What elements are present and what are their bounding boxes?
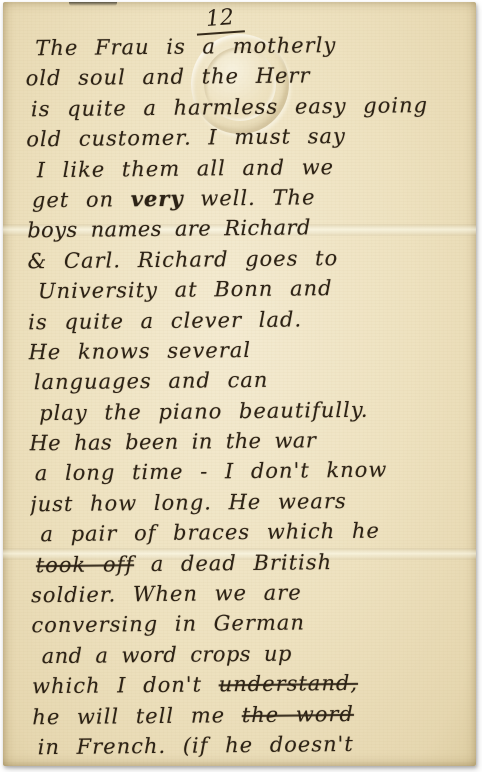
handwritten-text-segment: & Carl. Richard goes to — [27, 246, 338, 273]
handwritten-text-segment: languages and can — [34, 368, 269, 394]
handwritten-text-segment: play the piano beautifully. — [39, 397, 369, 424]
handwritten-line: He knows several — [28, 333, 468, 368]
handwritten-text-segment: get on — [32, 187, 131, 212]
handwritten-line: & Carl. Richard goes to — [27, 241, 467, 276]
handwritten-text-segment: understand, — [219, 671, 359, 696]
handwritten-text-segment: old customer. I must say — [26, 124, 346, 151]
handwritten-line: which I don't understand, — [32, 667, 472, 702]
handwritten-line: a pair of braces which he — [40, 515, 470, 550]
handwritten-line: took off a dead British — [36, 545, 471, 580]
handwritten-line: a long time - I don't know — [35, 454, 470, 489]
handwritten-text-segment: and a word crops up — [42, 641, 292, 668]
handwritten-text-segment: conversing in German — [31, 611, 305, 638]
handwritten-text-segment: well. The — [183, 185, 315, 210]
handwritten-text-segment: boys names are Richard — [27, 216, 311, 243]
handwritten-line: get on very well. The — [32, 181, 467, 216]
handwritten-text-segment: is quite a harmless easy going — [31, 93, 428, 121]
handwritten-line: old soul and the Herr — [26, 59, 466, 94]
handwritten-line: University at Bonn and — [38, 272, 468, 307]
paper-top-edge-nick — [69, 2, 117, 6]
handwritten-text-segment: took off — [36, 552, 135, 577]
handwritten-text-segment: is quite a clever lad. — [28, 307, 302, 334]
handwritten-line: old customer. I must say — [26, 120, 466, 155]
handwritten-text-segment: soldier. When we are — [31, 580, 302, 607]
handwritten-line: He has been in the war — [29, 424, 469, 459]
handwritten-line: is quite a harmless easy going — [31, 89, 466, 124]
handwritten-text-segment: He has been in the war — [29, 428, 316, 455]
handwritten-text-segment: a dead British — [134, 550, 332, 576]
handwritten-text-segment: I like them all and we — [36, 155, 334, 182]
handwritten-line: I like them all and we — [36, 150, 466, 185]
handwritten-text-segment: the word — [242, 702, 354, 727]
handwritten-text-segment: University at Bonn and — [38, 276, 333, 303]
handwritten-text-segment: he will tell me — [32, 703, 242, 729]
handwritten-line: boys names are Richard — [27, 211, 467, 246]
handwritten-line: conversing in German — [31, 606, 471, 641]
handwritten-text-segment: He knows several — [28, 338, 251, 364]
handwritten-text-segment: The Frau is a motherly — [35, 33, 336, 60]
handwritten-text-segment: in French. (if he doesn't — [38, 732, 354, 759]
letter-page: 12 The Frau is a motherlyold soul and th… — [3, 2, 476, 766]
handwritten-line: just how long. He wears — [30, 485, 470, 520]
handwritten-line: languages and can — [34, 363, 469, 398]
handwritten-line: and a word crops up — [42, 636, 472, 671]
handwritten-line: in French. (if he doesn't — [38, 728, 473, 763]
handwritten-text-segment: just how long. He wears — [30, 489, 347, 516]
handwritten-line: play the piano beautifully. — [39, 393, 469, 428]
handwritten-text-segment: which I don't — [32, 673, 219, 699]
handwritten-text-segment: a long time - I don't know — [35, 458, 388, 486]
handwritten-line: is quite a clever lad. — [28, 302, 468, 337]
handwritten-text-segment: old soul and the Herr — [26, 64, 311, 91]
handwritten-line: soldier. When we are — [31, 576, 471, 611]
handwritten-line: The Frau is a motherly — [35, 29, 465, 64]
handwritten-text-segment: very — [131, 186, 184, 212]
handwritten-text-segment: a pair of braces which he — [40, 519, 380, 547]
handwritten-text-block: The Frau is a motherlyold soul and the H… — [25, 29, 473, 763]
handwritten-line: he will tell me the word — [32, 697, 472, 732]
